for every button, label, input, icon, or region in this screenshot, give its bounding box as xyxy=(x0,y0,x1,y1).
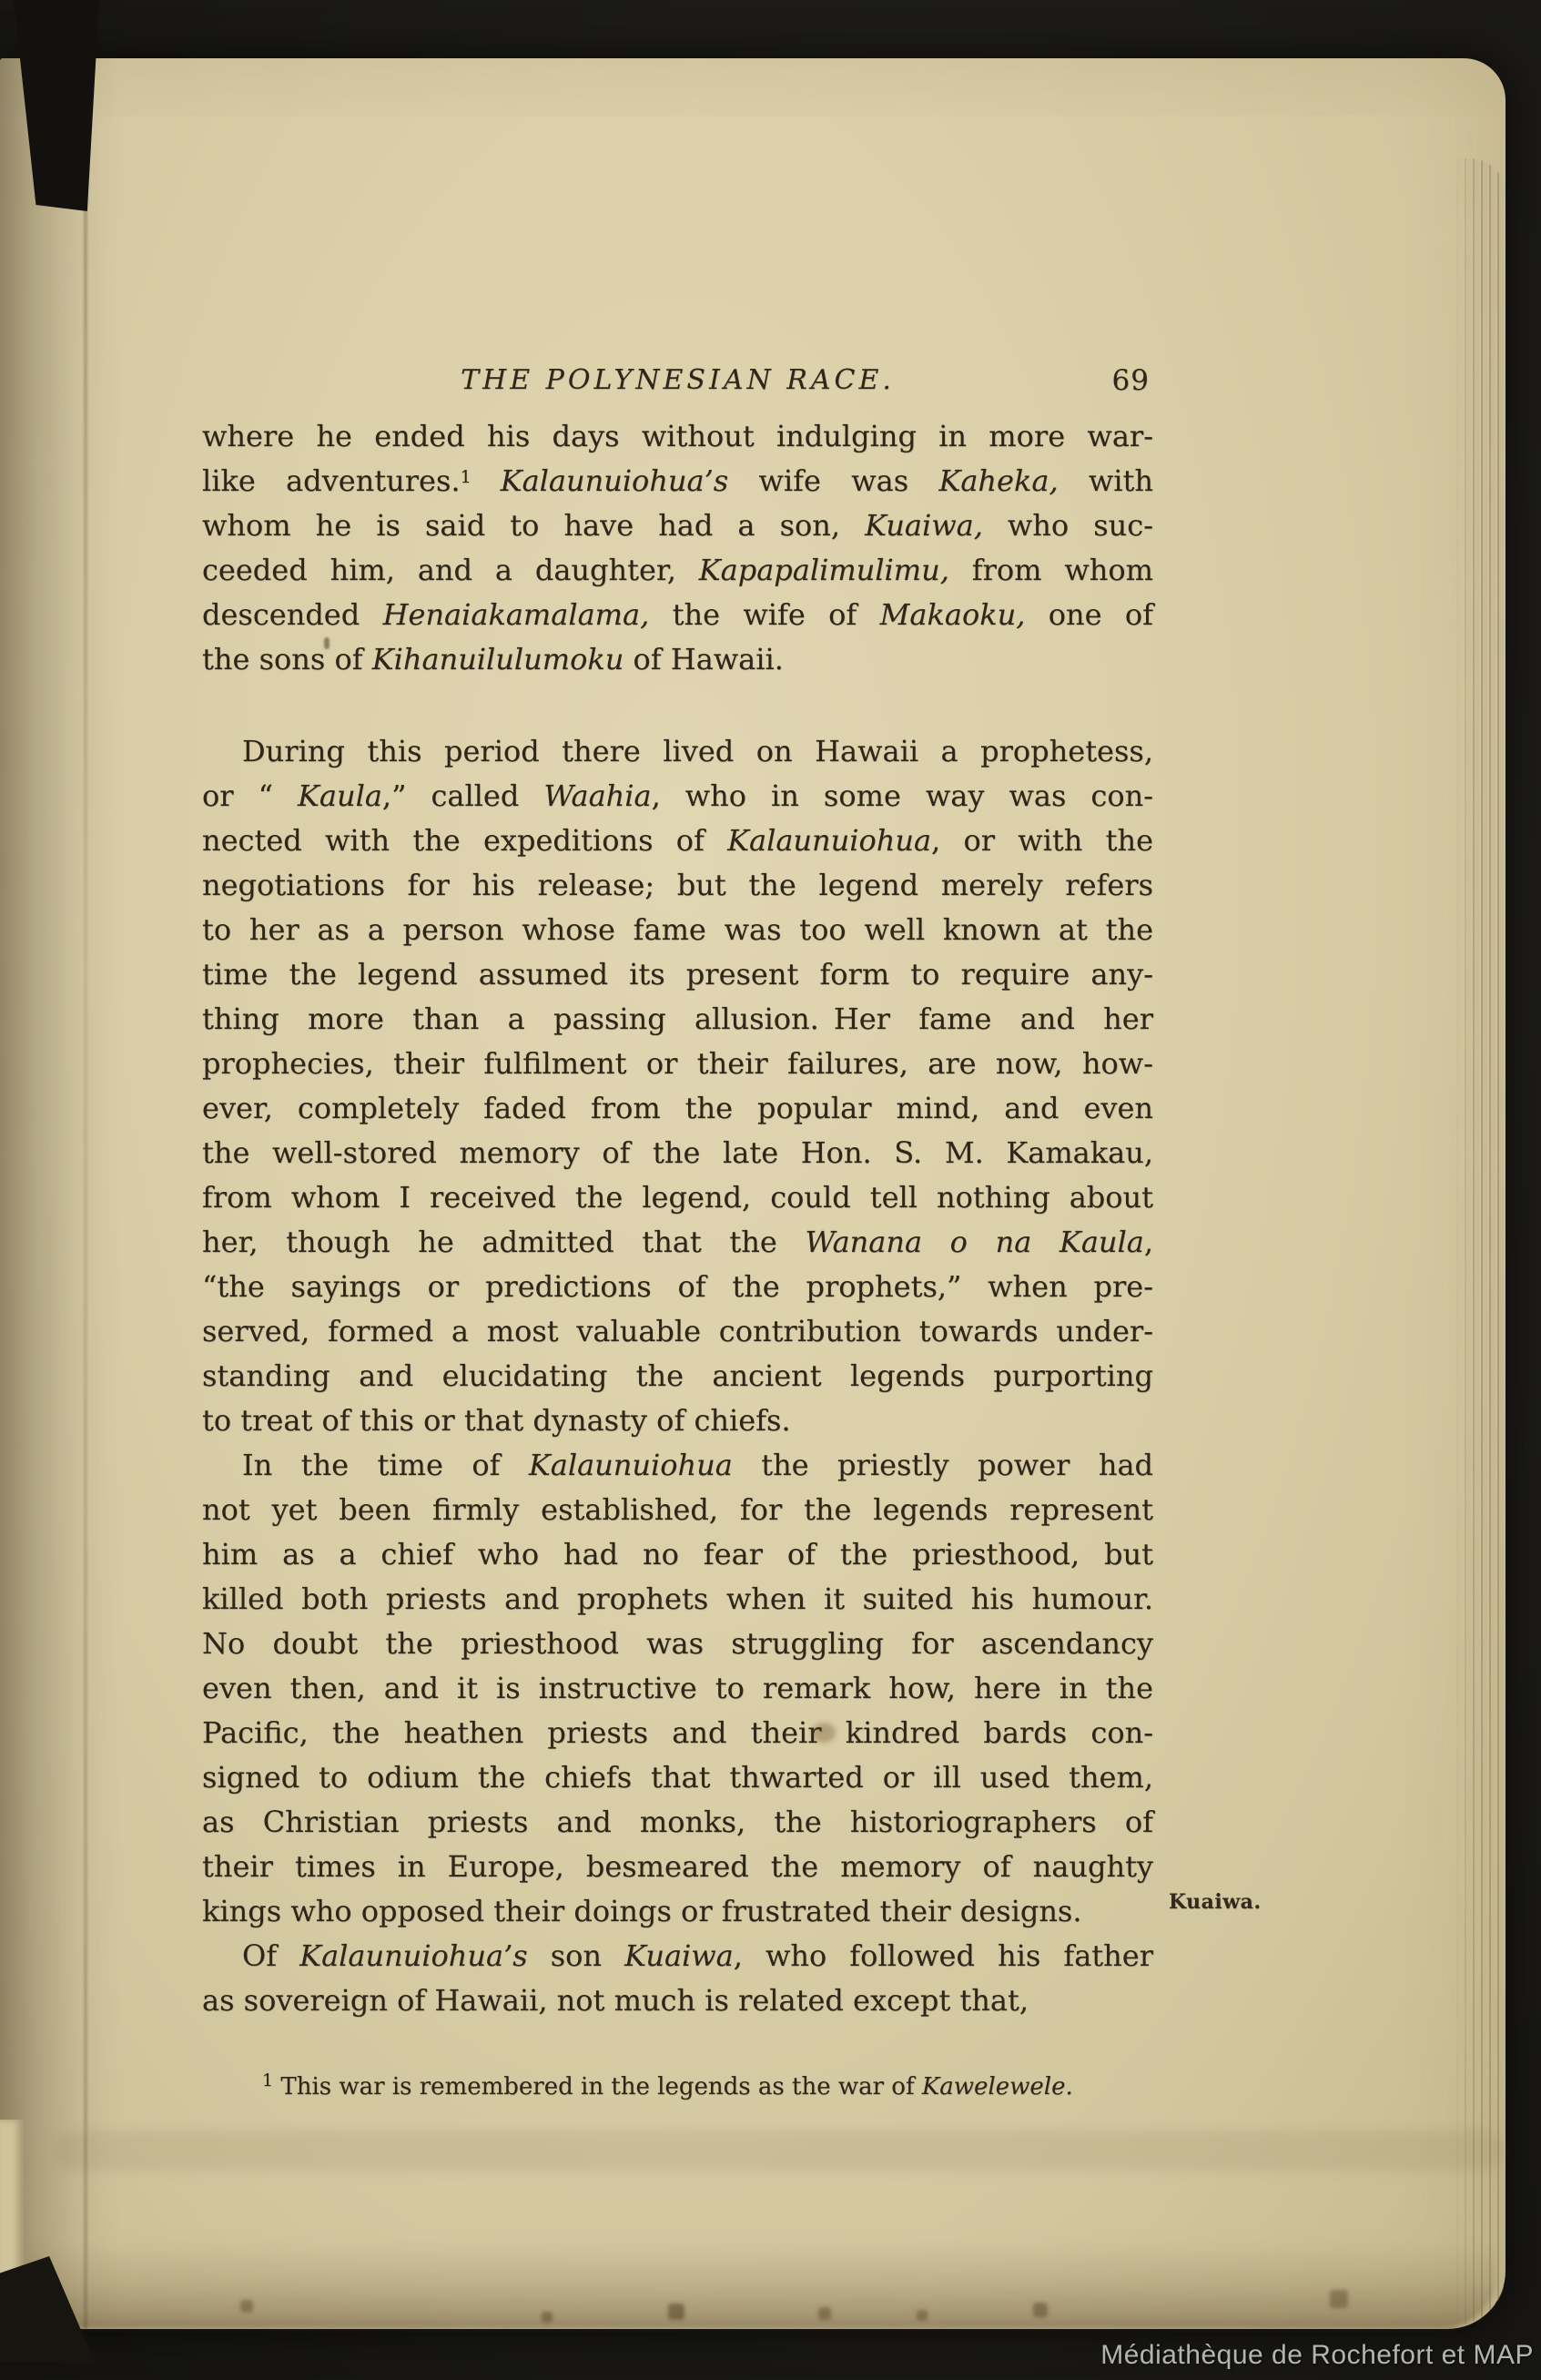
text-segment: with xyxy=(1059,463,1153,498)
text-line: nected with the expeditions of Kalaunuio… xyxy=(202,819,1153,863)
italic-text: Kuaiwa xyxy=(624,1938,734,1973)
text-segment: ever, completely faded from the popular … xyxy=(202,1091,1153,1125)
text-segment: No doubt the priesthood was struggling f… xyxy=(202,1626,1153,1661)
text-line: as sovereign of Hawaii, not much is rela… xyxy=(202,1978,1153,2023)
text-segment: , or with the xyxy=(931,823,1153,858)
text-line: the well-stored memory of the late Hon. … xyxy=(202,1131,1153,1175)
text-line: killed both priests and prophets when it… xyxy=(202,1577,1153,1622)
paragraph: where he ended his days without indulgin… xyxy=(202,414,1153,682)
text-line: like adventures.1 Kalaunuiohua’s wife wa… xyxy=(202,459,1153,503)
footnote-reference: 1 xyxy=(262,2070,273,2090)
text-segment: killed both priests and prophets when it… xyxy=(202,1582,1153,1616)
text-segment xyxy=(471,463,501,498)
text-line: where he ended his days without indulgin… xyxy=(202,414,1153,459)
text-line: During this period there lived on Hawaii… xyxy=(202,729,1153,774)
text-segment: , who in some way was con- xyxy=(652,778,1153,813)
text-line: whom he is said to have had a son, Kuaiw… xyxy=(202,503,1153,548)
text-segment: her, though he admitted that the xyxy=(202,1225,805,1259)
italic-text: Kalaunuiohua xyxy=(727,823,931,858)
text-segment: who suc- xyxy=(983,508,1153,543)
text-segment: Pacific, the heathen priests and their k… xyxy=(202,1715,1153,1750)
text-line: served, formed a most valuable contribut… xyxy=(202,1309,1153,1354)
text-segment: time the legend assumed its present form… xyxy=(202,957,1153,992)
text-segment: son xyxy=(528,1938,624,1973)
text-line: not yet been firmly established, for the… xyxy=(202,1488,1153,1532)
paragraph: Of Kalaunuiohua’s son Kuaiwa, who follow… xyxy=(202,1934,1153,2023)
italic-text: Kalaunuiohua’s xyxy=(299,1938,528,1973)
text-segment: , who followed his father xyxy=(734,1938,1153,1973)
text-line: ceeded him, and a daughter, Kapapalimuli… xyxy=(202,548,1153,593)
text-segment: “the sayings or predictions of the proph… xyxy=(202,1269,1153,1304)
text-segment: even then, and it is instructive to rema… xyxy=(202,1671,1153,1705)
running-header-title: THE POLYNESIAN RACE. xyxy=(202,364,1153,396)
page-stack-edge xyxy=(1455,158,1506,2325)
italic-text: Makaoku, xyxy=(880,597,1026,632)
book-page: THE POLYNESIAN RACE. 69 where he ended h… xyxy=(0,58,1506,2329)
italic-text: Waahia xyxy=(543,778,651,813)
text-line: prophecies, their fulfilment or their fa… xyxy=(202,1042,1153,1086)
gutter-crease xyxy=(84,58,87,2329)
italic-text: Henaiakamalama, xyxy=(383,597,650,632)
text-segment: as sovereign of Hawaii, not much is rela… xyxy=(202,1983,1029,2018)
bottom-edge-stain xyxy=(27,2243,1496,2329)
text-line: No doubt the priesthood was struggling f… xyxy=(202,1622,1153,1666)
italic-text: Kapapalimulimu, xyxy=(699,553,949,587)
text-line: standing and elucidating the ancient leg… xyxy=(202,1354,1153,1399)
text-line: even then, and it is instructive to rema… xyxy=(202,1666,1153,1711)
text-line: or “ Kaula,” called Waahia, who in some … xyxy=(202,774,1153,819)
text-line: him as a chief who had no fear of the pr… xyxy=(202,1532,1153,1577)
text-segment: not yet been firmly established, for the… xyxy=(202,1492,1153,1527)
italic-text: Wanana o na Kaula xyxy=(805,1225,1143,1259)
page-content: THE POLYNESIAN RACE. 69 where he ended h… xyxy=(202,364,1153,2103)
text-line: the sons of Kihanuilulumoku of Hawaii. xyxy=(202,637,1153,682)
text-segment: kings who opposed their doings or frustr… xyxy=(202,1894,1082,1928)
italic-text: Kihanuilulumoku xyxy=(372,642,624,676)
body-text: where he ended his days without indulgin… xyxy=(202,414,1153,2023)
gutter-shadow xyxy=(0,58,123,2329)
text-line: signed to odium the chiefs that thwarted… xyxy=(202,1755,1153,1800)
text-segment: to treat of this or that dynasty of chie… xyxy=(202,1403,791,1438)
text-segment: as Christian priests and monks, the hist… xyxy=(202,1805,1153,1839)
text-segment: , xyxy=(1144,1225,1153,1259)
text-segment: whom he is said to have had a son, xyxy=(202,508,865,543)
text-segment: standing and elucidating the ancient leg… xyxy=(202,1358,1153,1393)
text-segment: negotiations for his release; but the le… xyxy=(202,868,1153,902)
italic-text: Kawelewele. xyxy=(922,2073,1073,2100)
text-line: her, though he admitted that the Wanana … xyxy=(202,1220,1153,1265)
text-line: from whom I received the legend, could t… xyxy=(202,1175,1153,1220)
italic-text: Kaheka, xyxy=(938,463,1058,498)
text-segment: wife was xyxy=(728,463,938,498)
text-line: descended Henaiakamalama, the wife of Ma… xyxy=(202,593,1153,637)
text-segment: the sons of xyxy=(202,642,372,676)
paper-mark xyxy=(324,637,329,649)
text-segment: their times in Europe, besmeared the mem… xyxy=(202,1849,1153,1884)
italic-text: Kalaunuiohua xyxy=(529,1448,733,1482)
text-line: In the time of Kalaunuiohua the priestly… xyxy=(202,1443,1153,1488)
text-segment: him as a chief who had no fear of the pr… xyxy=(202,1537,1153,1571)
text-segment: where he ended his days without indulgin… xyxy=(202,419,1153,453)
text-segment: During this period there lived on Hawaii… xyxy=(242,734,1153,768)
paper-specks xyxy=(0,0,2,2)
text-segment: prophecies, their fulfilment or their fa… xyxy=(202,1046,1153,1081)
text-line: as Christian priests and monks, the hist… xyxy=(202,1800,1153,1845)
page-number: 69 xyxy=(1112,364,1150,397)
text-line: kings who opposed their doings or frustr… xyxy=(202,1889,1153,1934)
text-segment: nected with the expeditions of xyxy=(202,823,727,858)
running-header: THE POLYNESIAN RACE. 69 xyxy=(202,364,1153,409)
margin-note: Kuaiwa. xyxy=(1169,1890,1262,1914)
paragraph: In the time of Kalaunuiohua the priestly… xyxy=(202,1443,1153,1934)
watermark: Médiathèque de Rochefort et MAP xyxy=(1100,2340,1534,2371)
text-line: their times in Europe, besmeared the mem… xyxy=(202,1845,1153,1889)
text-segment: This war is remembered in the legends as… xyxy=(273,2073,922,2100)
text-segment: or “ xyxy=(202,778,298,813)
text-line: ever, completely faded from the popular … xyxy=(202,1086,1153,1131)
text-line: negotiations for his release; but the le… xyxy=(202,863,1153,908)
text-segment: from whom I received the legend, could t… xyxy=(202,1180,1153,1215)
text-line: to treat of this or that dynasty of chie… xyxy=(202,1399,1153,1443)
footnote: 1 This war is remembered in the legends … xyxy=(202,2070,1153,2103)
italic-text: Kalaunuiohua’s xyxy=(501,463,729,498)
text-line: “the sayings or predictions of the proph… xyxy=(202,1265,1153,1309)
text-segment: of Hawaii. xyxy=(623,642,784,676)
italic-text: Kuaiwa, xyxy=(865,508,983,543)
text-segment: served, formed a most valuable contribut… xyxy=(202,1314,1153,1348)
scan-background: THE POLYNESIAN RACE. 69 where he ended h… xyxy=(0,0,1541,2380)
text-line: Pacific, the heathen priests and their k… xyxy=(202,1711,1153,1755)
text-segment: signed to odium the chiefs that thwarted… xyxy=(202,1760,1153,1795)
text-line: thing more than a passing allusion. Her … xyxy=(202,997,1153,1042)
text-segment: like adventures. xyxy=(202,463,461,498)
text-segment: ,” called xyxy=(382,778,543,813)
text-segment: thing more than a passing allusion. Her … xyxy=(202,1002,1153,1036)
text-segment: the wife of xyxy=(649,597,879,632)
text-segment: one of xyxy=(1025,597,1153,632)
text-segment: Of xyxy=(242,1938,299,1973)
paper-stain xyxy=(812,1723,836,1743)
text-segment: the well-stored memory of the late Hon. … xyxy=(202,1135,1153,1170)
text-segment: to her as a person whose fame was too we… xyxy=(202,912,1153,947)
italic-text: Kaula xyxy=(298,778,382,813)
paper-discoloration-band xyxy=(55,2131,1505,2171)
text-line: Of Kalaunuiohua’s son Kuaiwa, who follow… xyxy=(202,1934,1153,1978)
text-segment: from whom xyxy=(949,553,1153,587)
text-line: time the legend assumed its present form… xyxy=(202,952,1153,997)
text-line: to her as a person whose fame was too we… xyxy=(202,908,1153,952)
text-segment: ceeded him, and a daughter, xyxy=(202,553,699,587)
footnote-reference: 1 xyxy=(461,467,471,487)
text-segment: descended xyxy=(202,597,383,632)
text-segment: the priestly power had xyxy=(733,1448,1153,1482)
paragraph: During this period there lived on Hawaii… xyxy=(202,729,1153,1443)
text-segment: In the time of xyxy=(242,1448,529,1482)
